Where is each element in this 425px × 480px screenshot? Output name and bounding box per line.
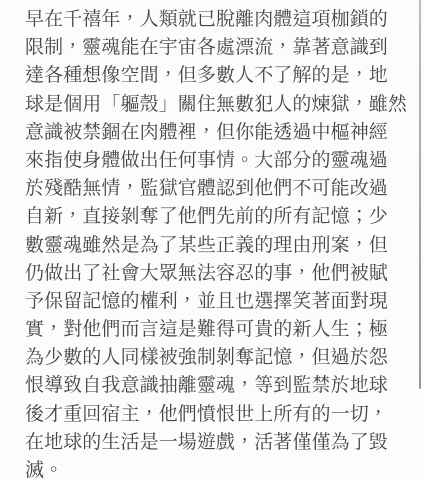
text-line: 意識被禁錮在肉體裡，但你能透過中樞神經 [25, 119, 411, 147]
text-line: 來指使身體做出任何事情。大部分的靈魂過 [25, 147, 411, 175]
text-line: 仍做出了社會大眾無法容忍的事，他們被賦 [25, 260, 411, 288]
text-line: 達各種想像空間，但多數人不了解的是，地 [25, 62, 411, 90]
text-line: 滅。 [25, 457, 411, 480]
text-line: 數靈魂雖然是為了某些正義的理由刑案，但 [25, 232, 411, 260]
text-line: 實，對他們而言這是難得可貴的新人生；極 [25, 316, 411, 344]
novel-paragraph: 早在千禧年，人類就已脫離肉體這項枷鎖的 限制，靈魂能在宇宙各處漂流，靠著意識到 … [25, 6, 411, 480]
text-line: 恨導致自我意識抽離靈魂，等到監禁於地球 [25, 372, 411, 400]
text-line: 球是個用「軀殼」關住無數犯人的煉獄，雖然 [25, 91, 411, 119]
text-line: 自新，直接剝奪了他們先前的所有記憶；少 [25, 203, 411, 231]
text-line: 早在千禧年，人類就已脫離肉體這項枷鎖的 [25, 6, 411, 34]
text-line: 為少數的人同樣被強制剝奪記憶，但過於怨 [25, 344, 411, 372]
text-line: 在地球的生活是一場遊戲，活著僅僅為了毀 [25, 429, 411, 457]
reader-page: 早在千禧年，人類就已脫離肉體這項枷鎖的 限制，靈魂能在宇宙各處漂流，靠著意識到 … [0, 0, 425, 480]
text-line: 後才重回宿主，他們憤恨世上所有的一切， [25, 401, 411, 429]
text-line: 於殘酷無情，監獄官體認到他們不可能改過 [25, 175, 411, 203]
scrollbar-thumb[interactable] [419, 0, 422, 389]
text-line: 予保留記憶的權利，並且也選擇笑著面對現 [25, 288, 411, 316]
text-line: 限制，靈魂能在宇宙各處漂流，靠著意識到 [25, 34, 411, 62]
